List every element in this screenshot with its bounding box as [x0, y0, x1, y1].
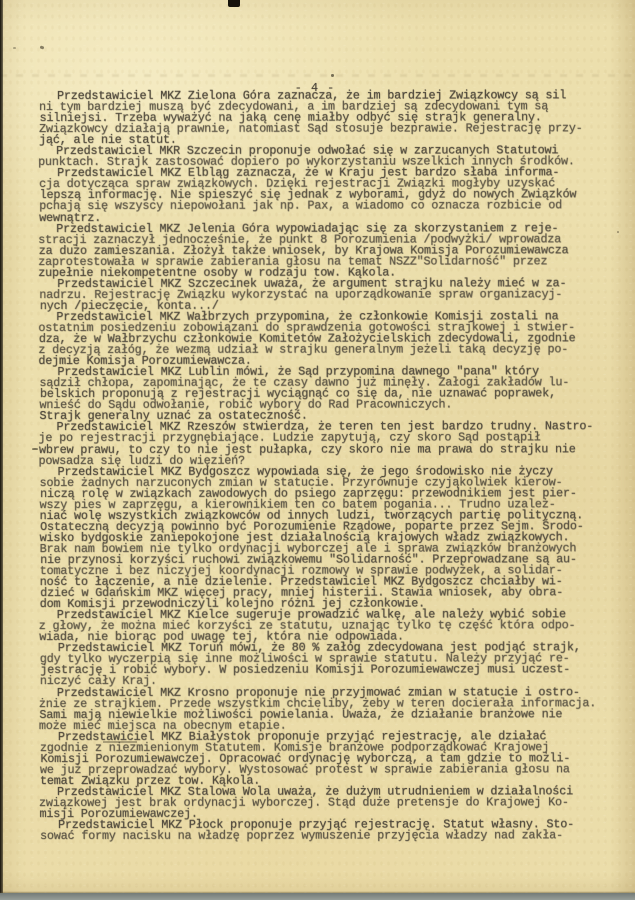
paragraph: Przedstawiciel MKZ Krosno proponuje nie …	[39, 687, 611, 732]
ink-speck	[331, 74, 334, 77]
paragraph: Przedstawiciel MKZ Stalowa Wola uważa, ż…	[39, 786, 611, 820]
ink-speck	[32, 448, 38, 450]
ink-speck	[617, 231, 619, 233]
paragraph: Przedstawiciel MKZ Jelenia Góra wypowiad…	[38, 223, 610, 279]
paragraph: Przedstawiciel MKZ Lublin mówi, że Sąd p…	[39, 366, 611, 422]
ink-blot-top	[228, 0, 240, 7]
paragraph: Przedstawiciel MKZ Zielona Góra zaznacza…	[39, 90, 611, 146]
paragraph: Przedstawiciel MKZ Toruń mówi, że 80 % z…	[40, 643, 612, 688]
paragraph: Przedstawiciel MKZ Rzeszów stwierdza, że…	[38, 422, 610, 467]
document-body: Przedstawiciel MKZ Zielona Góra zaznacza…	[39, 90, 612, 842]
scanned-document-page: - 4 - Przedstawiciel MKZ Zielona Góra za…	[0, 0, 635, 900]
scanner-bed-strip	[0, 893, 635, 900]
paragraph: Przedstawiciel MKZ Elbląg zaznacza, że w…	[39, 168, 611, 224]
ink-speck	[13, 47, 16, 49]
paragraph: Przedstawiciel MKZ Kielce sugeruje prowa…	[39, 609, 611, 643]
scan-edge-left	[0, 0, 3, 893]
text-line: pchają się wszyscy niepowołani jak np. P…	[39, 201, 611, 213]
paragraph: Przedstawiciel MKZ Szczecinek uważa, że …	[39, 278, 611, 312]
text-line: sować formy nacisku na władzę poprzez wy…	[40, 830, 612, 842]
paragraph: Przedstawiciel MKZ Białystok proponuje p…	[40, 731, 612, 787]
paragraph: Przedstawiciel MKZ Bydgoszcz wypowiada s…	[40, 466, 612, 610]
paragraph: Przedstawiciel MKZ Płock proponuje przyj…	[40, 819, 612, 842]
ink-speck	[40, 45, 45, 49]
scan-streak-artifact	[0, 74, 635, 77]
paragraph: Przedstawiciel MKZ Wałbrzych przypomina,…	[38, 311, 610, 367]
